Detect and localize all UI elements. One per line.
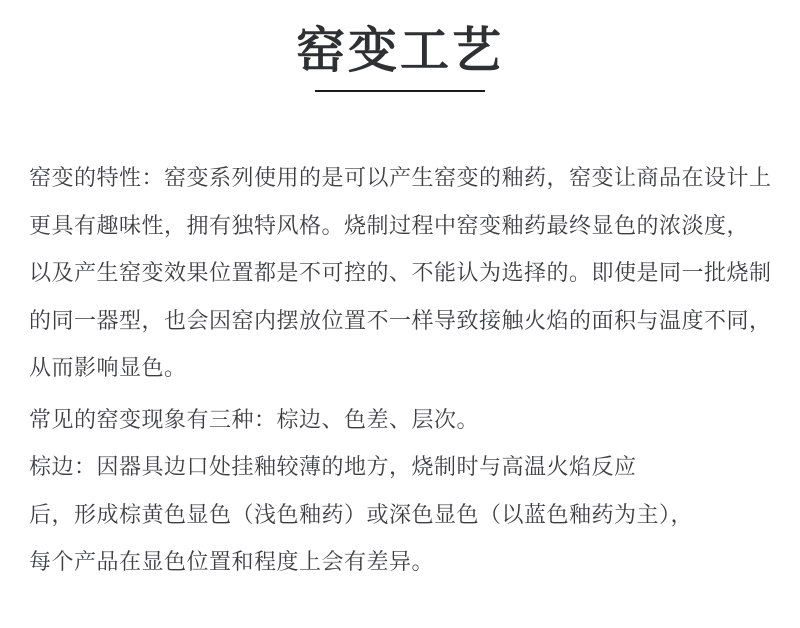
title-underline-divider <box>315 90 485 92</box>
text-line: 每个产品在显色位置和程度上会有差异。 <box>29 538 780 586</box>
text-line: 从而影响显色。 <box>29 344 780 392</box>
text-line: 常见的窑变现象有三种：棕边、色差、层次。 <box>29 396 780 444</box>
text-line: 窑变的特性：窑变系列使用的是可以产生窑变的釉药，窑变让商品在设计上 <box>29 154 780 202</box>
body-text-block: 窑变的特性：窑变系列使用的是可以产生窑变的釉药，窑变让商品在设计上 更具有趣味性… <box>29 154 780 586</box>
text-line: 后，形成棕黄色显色（浅色釉药）或深色显色（以蓝色釉药为主）， <box>29 491 780 539</box>
document-page: 窑变工艺 窑变的特性：窑变系列使用的是可以产生窑变的釉药，窑变让商品在设计上 更… <box>0 0 800 628</box>
text-line: 棕边：因器具边口处挂釉较薄的地方，烧制时与高温火焰反应 <box>29 443 780 491</box>
text-line: 以及产生窑变效果位置都是不可控的、不能认为选择的。即使是同一批烧制 <box>29 249 780 297</box>
page-title: 窑变工艺 <box>0 22 800 80</box>
text-line: 更具有趣味性，拥有独特风格。烧制过程中窑变釉药最终显色的浓淡度， <box>29 202 780 250</box>
text-line: 的同一器型，也会因窑内摆放位置不一样导致接触火焰的面积与温度不同， <box>29 297 780 345</box>
